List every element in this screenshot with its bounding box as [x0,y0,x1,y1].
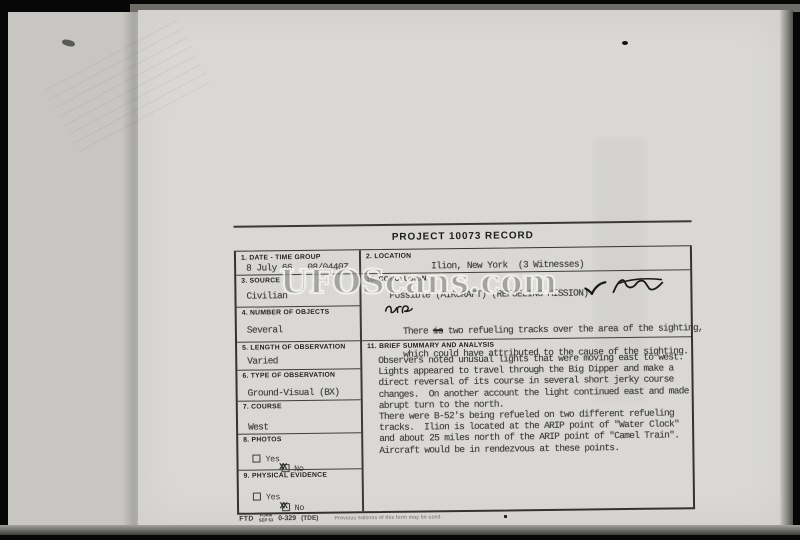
ufoscans-watermark: UFOScans.com [280,262,557,301]
handwritten-initials-icon [609,274,667,299]
typed-x-mark: XX [280,501,286,511]
checkbox-unchecked-icon [253,492,261,500]
field-course: 7. COURSE West [238,399,361,435]
checkbox-label: Yes [266,492,280,502]
checkbox-unchecked-icon [252,454,260,462]
field-photos: 8. PHOTOS Yes XXNo [238,432,361,470]
field-physical-evidence: 9. PHYSICAL EVIDENCE Yes XXNo [239,468,363,512]
field-label: 8. PHOTOS [243,436,281,443]
footer-form-suffix: (TDE) [301,515,318,522]
photos-yes-option: Yes [252,454,279,464]
field-label: 4. NUMBER OF OBJECTS [242,309,330,317]
footer-form-number: 0-329 [278,515,296,522]
physical-evidence-yes-option: Yes [253,492,280,502]
summary-text: Observers noted unusual lights that were… [378,351,689,456]
field-label: 6. TYPE OF OBSERVATION [242,372,335,380]
note-text: two refueling tracks over the area of th… [443,322,703,336]
field-value: Several [247,324,283,335]
field-label: 3. SOURCE [241,277,280,284]
field-label: 7. COURSE [243,403,282,410]
physical-evidence-no-option: XXNo [282,503,305,513]
checkbox-label: No [295,503,305,513]
field-label: 9. PHYSICAL EVIDENCE [244,472,328,480]
struck-word: is [433,325,443,336]
footer-form-date: FORM SEP 63 [259,513,274,522]
handwritten-checkmark-icon [583,280,607,296]
field-label: 5. LENGTH OF OBSERVATION [242,343,346,351]
scanner-bottom-strip [0,525,800,535]
field-label: 1. DATE - TIME GROUP [241,254,321,262]
field-label: 2. LOCATION [366,253,411,261]
page-right-edge [780,10,793,527]
field-value: West [248,421,269,432]
field-label: 11. BRIEF SUMMARY AND ANALYSIS [367,342,494,351]
field-number-of-objects: 4. NUMBER OF OBJECTS Several [237,305,360,343]
checkbox-label: Yes [265,454,279,464]
field-value: Varied [247,355,278,366]
field-type-of-observation: 6. TYPE OF OBSERVATION Ground-Visual (BX… [237,368,360,402]
footer-date: SEP 63 [259,517,274,522]
field-length-of-observation: 5. LENGTH OF OBSERVATION Varied [237,340,360,371]
form-title: PROJECT 10073 RECORD [392,224,534,243]
note-text: There [403,326,433,337]
field-brief-summary: 11. BRIEF SUMMARY AND ANALYSIS Observers… [362,336,693,511]
footer-agency: FTD [239,516,254,523]
field-value: Ground-Visual (BX) [248,387,340,399]
scan-speck [622,41,628,45]
